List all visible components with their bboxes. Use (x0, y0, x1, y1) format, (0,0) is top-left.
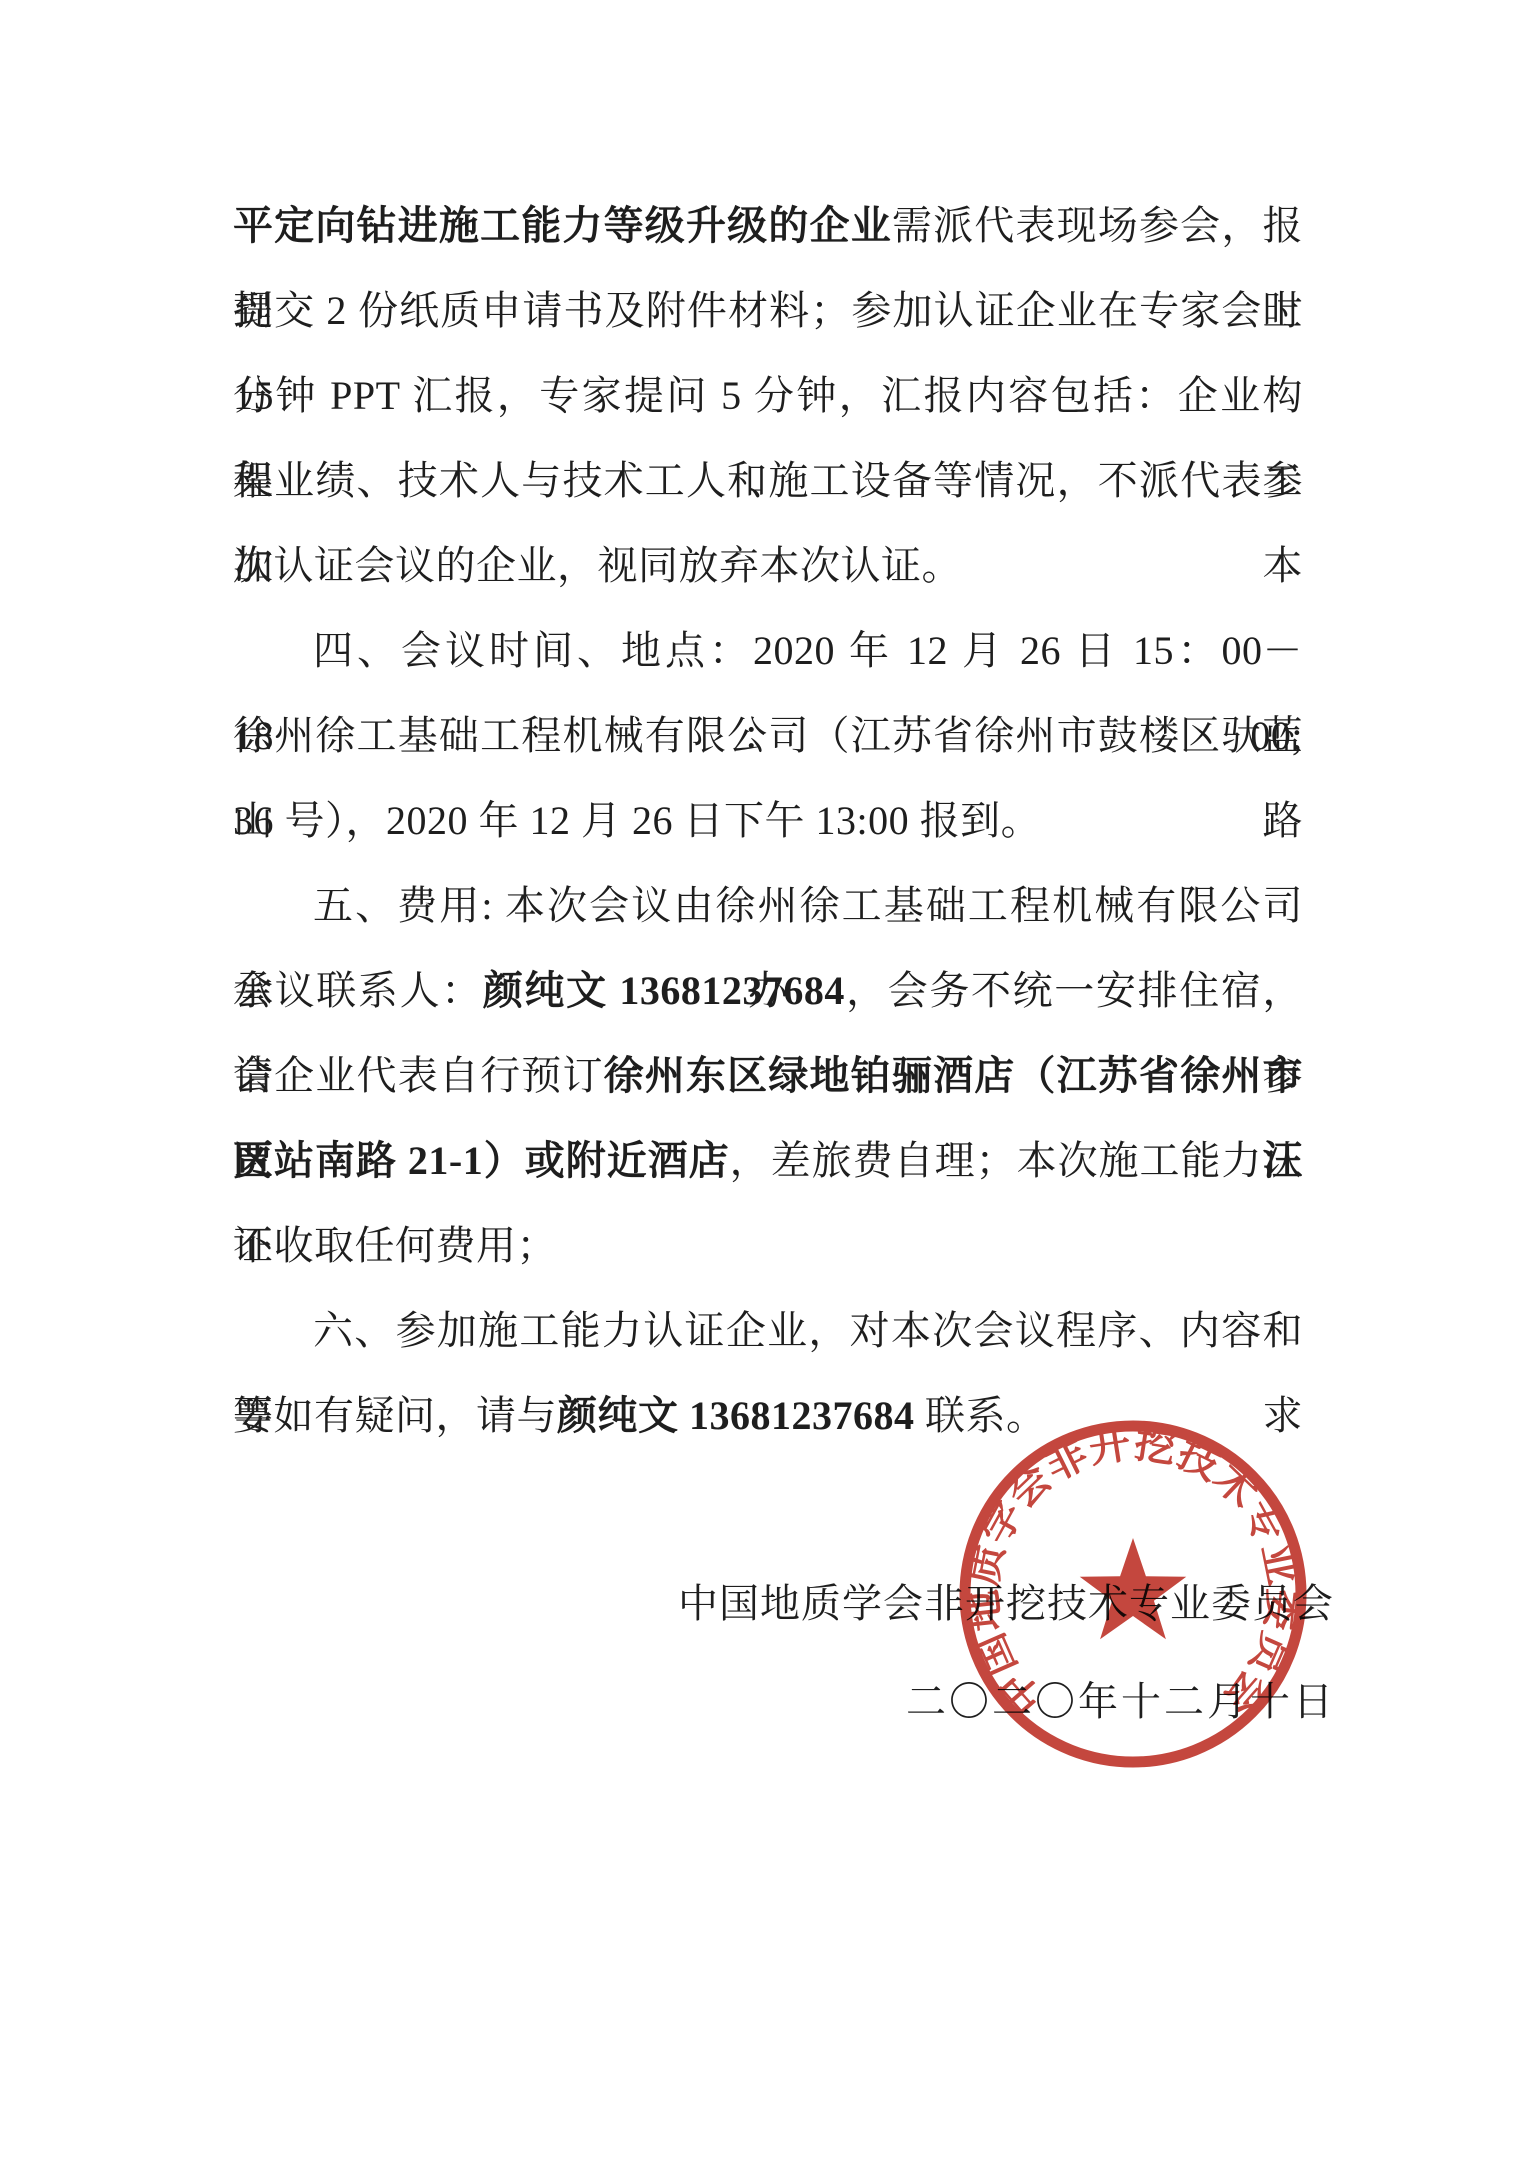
document-line: 提交 2 份纸质申请书及附件材料；参加认证企业在专家会上 15 (233, 268, 1303, 353)
document-line: 程业绩、技术人与技术工人和施工设备等情况，不派代表参加本 (233, 438, 1303, 523)
text-run-bold: 颜纯文 13681237684 (557, 1393, 915, 1438)
document-page: 平定向钻进施工能力等级升级的企业需派代表现场参会，报到时提交 2 份纸质申请书及… (0, 0, 1538, 2175)
document-line: 四、会议时间、地点：2020 年 12 月 26 日 15：00－18：00; (233, 608, 1303, 693)
text-run: 不收取任何费用； (233, 1223, 557, 1268)
text-run: 会企业代表自行预订 (233, 1053, 604, 1098)
text-run: 会议联系人： (233, 968, 483, 1013)
text-run: 等如有疑问，请与 (233, 1393, 557, 1438)
document-line: 徐州徐工基础工程机械有限公司（江苏省徐州市鼓楼区驮蓝山路 (233, 693, 1303, 778)
text-run-bold: 区站南路 21-1）或附近酒店 (233, 1138, 730, 1183)
document-line: 不收取任何费用； (233, 1203, 1303, 1288)
document-body: 平定向钻进施工能力等级升级的企业需派代表现场参会，报到时提交 2 份纸质申请书及… (233, 183, 1303, 1458)
text-run-bold: 平定向钻进施工能力等级升级的企业 (233, 203, 892, 248)
document-line: 区站南路 21-1）或附近酒店，差旅费自理；本次施工能力认证 (233, 1118, 1303, 1203)
text-run-bold: 颜纯文 13681237684 (483, 968, 845, 1013)
official-seal-stamp: 中国地质学会非开挖技术专业委员会 (948, 1409, 1318, 1779)
text-run: 36 号），2020 年 12 月 26 日下午 13:00 报到。 (233, 798, 1041, 843)
document-line: 五、费用: 本次会议由徐州徐工基础工程机械有限公司承办， (233, 863, 1303, 948)
document-line: 会企业代表自行预订徐州东区绿地铂骊酒店（江苏省徐州市贾汪 (233, 1033, 1303, 1118)
document-line: 会议联系人：颜纯文 13681237684，会务不统一安排住宿，请参 (233, 948, 1303, 1033)
document-line: 平定向钻进施工能力等级升级的企业需派代表现场参会，报到时 (233, 183, 1303, 268)
document-line: 分钟 PPT 汇报，专家提问 5 分钟，汇报内容包括：企业构架、工 (233, 353, 1303, 438)
document-line: 六、参加施工能力认证企业，对本次会议程序、内容和要求 (233, 1288, 1303, 1373)
star-icon (1080, 1538, 1187, 1639)
text-run: 次认证会议的企业，视同放弃本次认证。 (233, 543, 962, 588)
